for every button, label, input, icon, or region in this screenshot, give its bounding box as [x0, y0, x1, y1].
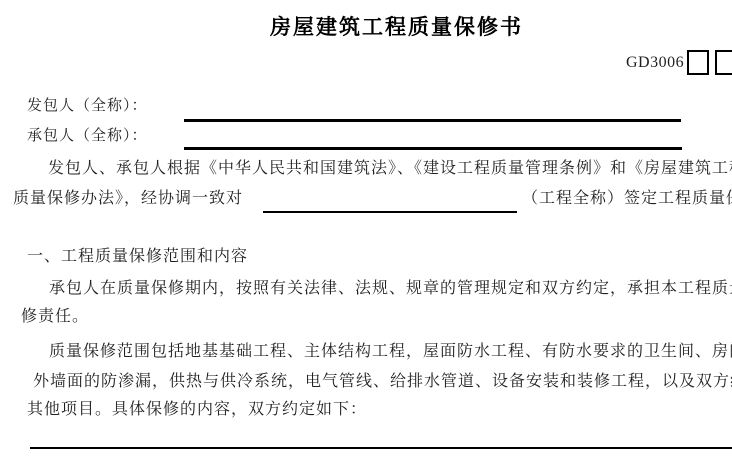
party-b-blank-line[interactable]: [184, 147, 682, 150]
form-code-box-1[interactable]: [687, 50, 709, 75]
party-a-label: 发包人（全称）：: [27, 97, 148, 115]
document-title: 房屋建筑工程质量保修书: [270, 11, 523, 41]
section-1-para-1-line-1: 承包人在质量保修期内，按照有关法律、法规、规章的管理规定和双方约定，承担本工程质…: [49, 279, 732, 298]
section-1-heading: 一、工程质量保修范围和内容: [27, 247, 248, 266]
party-b-label: 承包人（全称）：: [27, 127, 148, 145]
section-1-para-2-line-1: 质量保修范围包括地基基础工程、主体结构工程，屋面防水工程、有防水要求的卫生间、房…: [49, 342, 732, 361]
form-code-label: GD3006: [626, 54, 684, 72]
intro-line-2-after: （工程全称）签定工程质量保: [522, 189, 732, 208]
form-code-row: GD3006: [626, 50, 732, 75]
section-1-para-2-line-3: 其他项目。具体保修的内容，双方约定如下：: [27, 400, 367, 419]
intro-line-1: 发包人、承包人根据《中华人民共和国建筑法》、《建设工程质量管理条例》和《房屋建筑…: [48, 159, 732, 178]
section-1-para-1-line-2: 修责任。: [21, 307, 89, 326]
content-divider-line: [30, 447, 732, 449]
intro-line-2-before: 质量保修办法》，经协调一致对: [13, 189, 243, 208]
warranty-document-page: 房屋建筑工程质量保修书 GD3006 发包人（全称）： 承包人（全称）： 发包人…: [0, 0, 732, 456]
section-1-para-2-line-2: 外墙面的防渗漏，供热与供冷系统，电气管线、给排水管道、设备安装和装修工程，以及双…: [33, 372, 732, 391]
form-code-box-2[interactable]: [715, 50, 732, 75]
project-name-blank-line[interactable]: [263, 211, 517, 213]
party-a-blank-line[interactable]: [184, 119, 681, 122]
